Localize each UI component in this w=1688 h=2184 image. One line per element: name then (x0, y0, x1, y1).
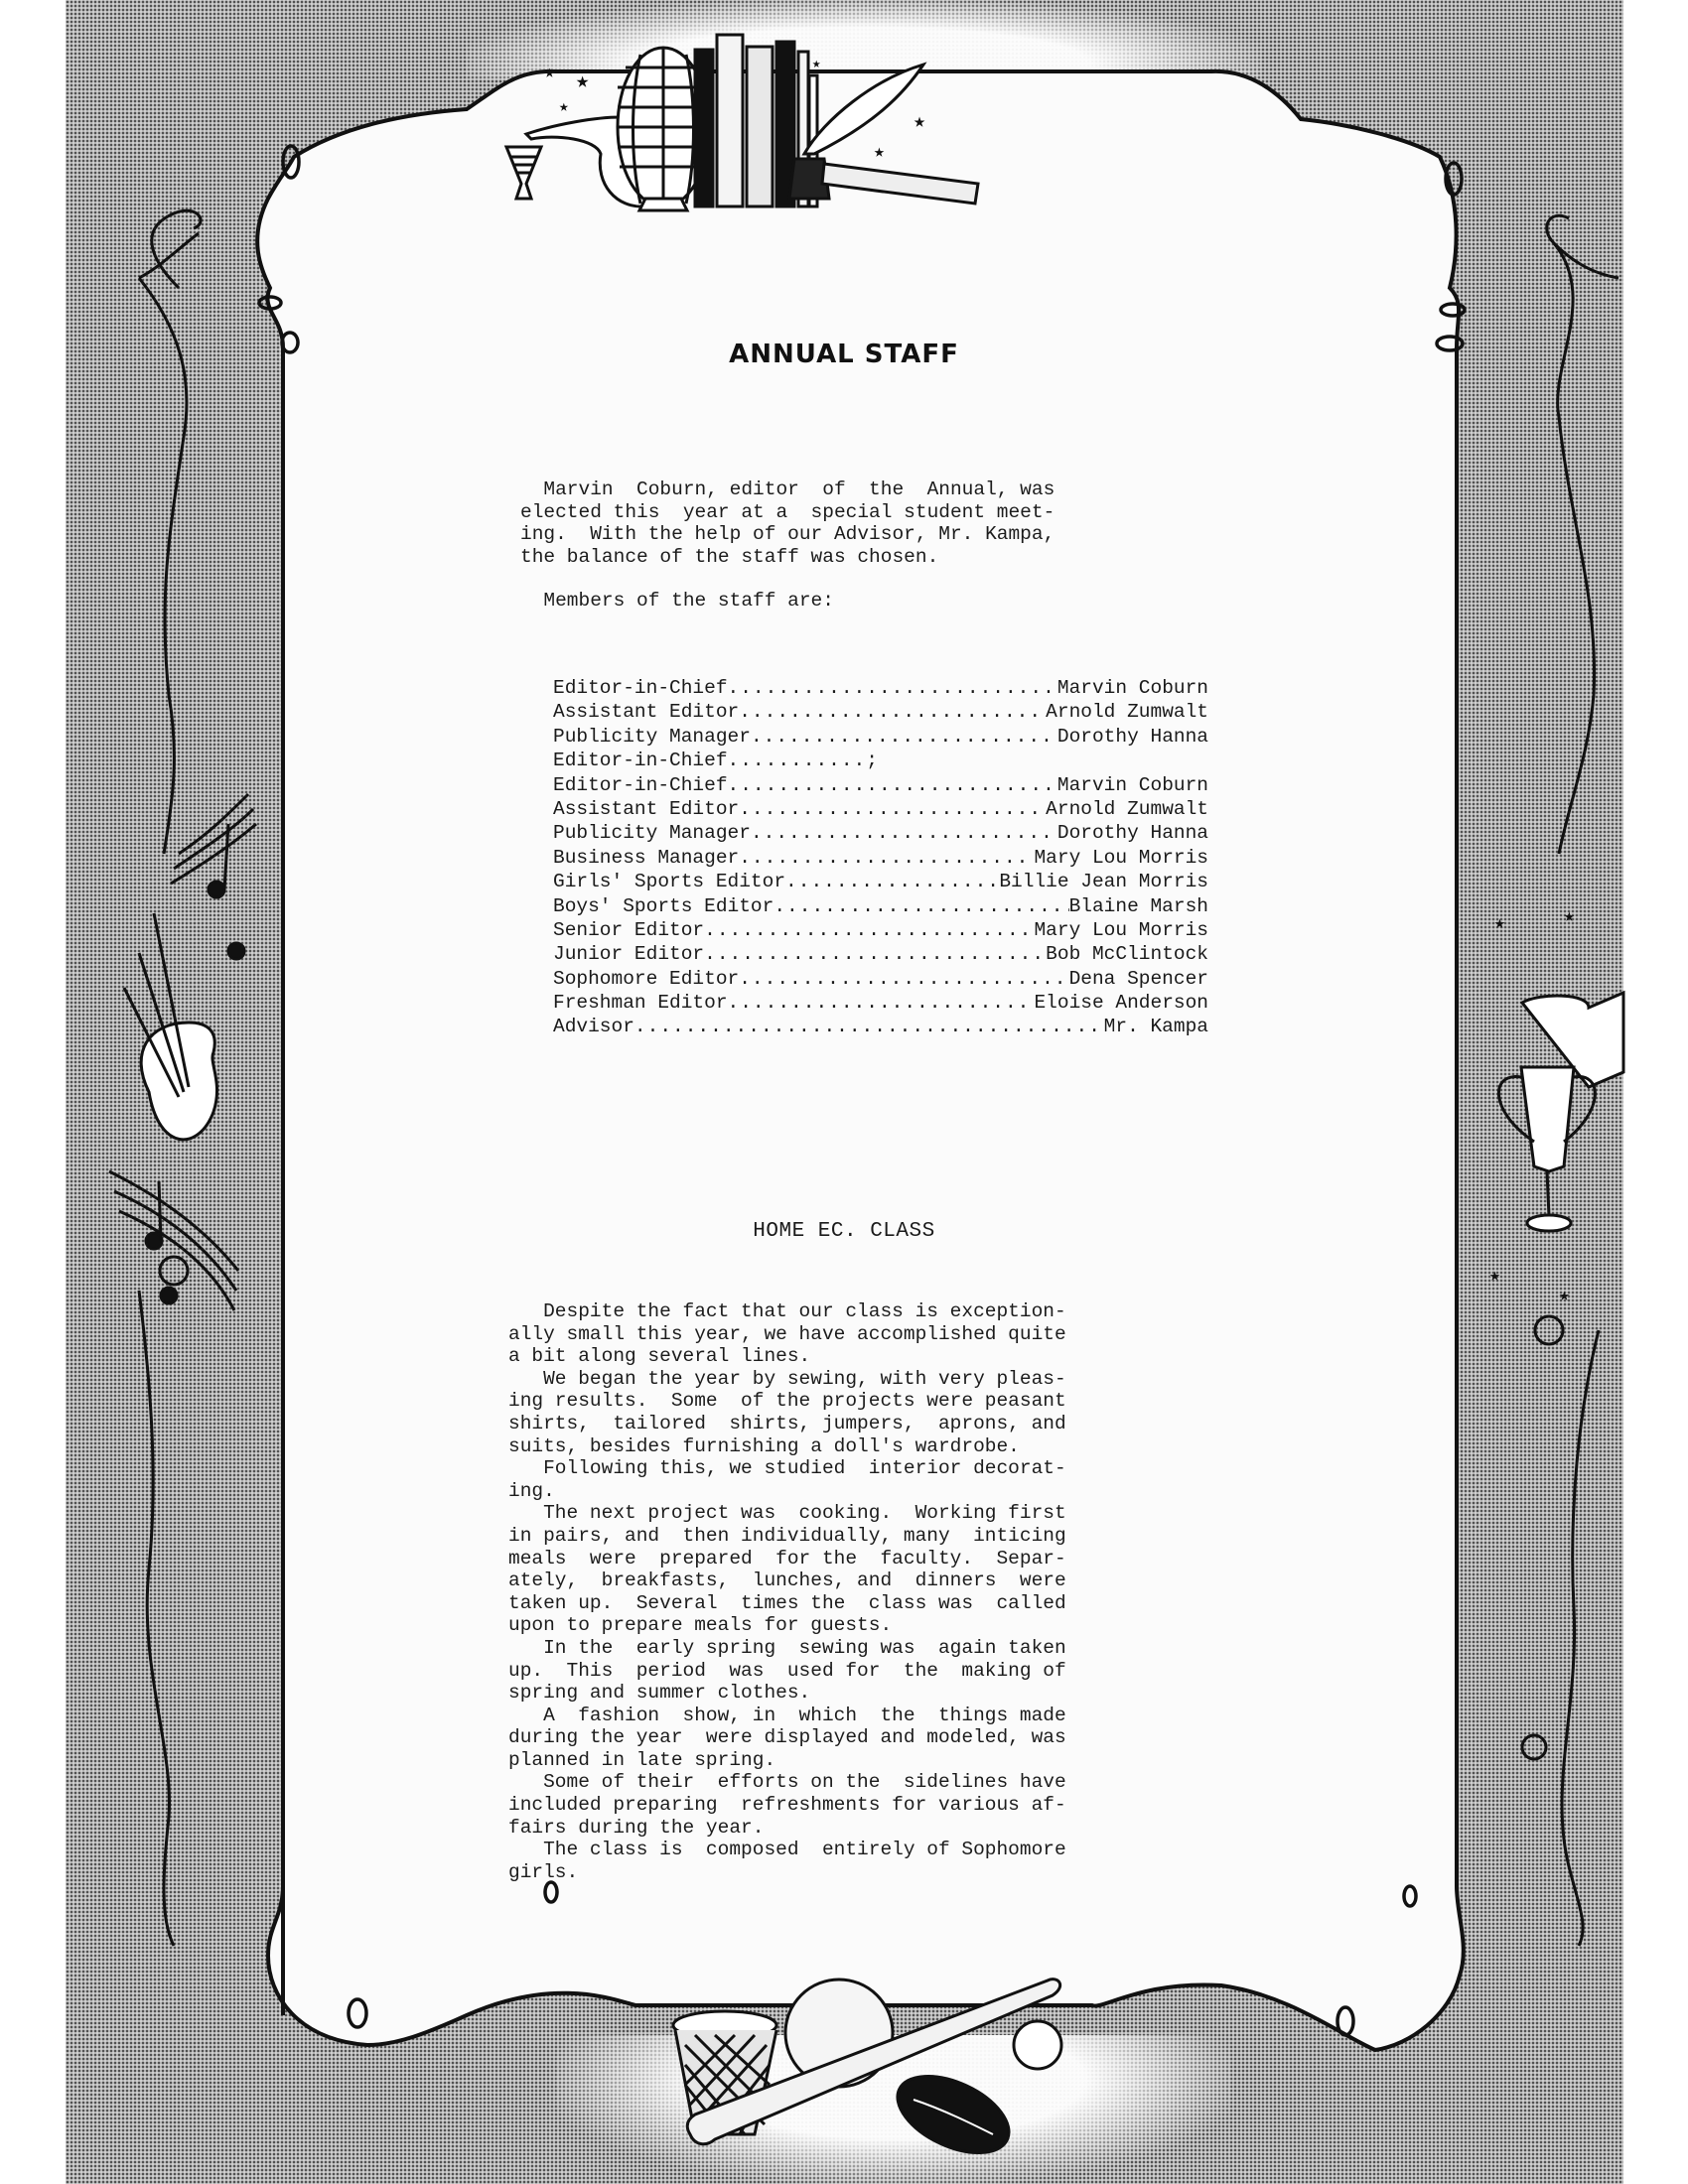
dot-leader: ........................................… (751, 821, 1057, 845)
svg-text:★: ★ (1489, 1267, 1500, 1287)
home-ec-heading: HOME EC. CLASS (0, 1220, 1688, 1243)
svg-text:★: ★ (1559, 1287, 1570, 1306)
staff-role: Business Manager (553, 846, 739, 870)
body-line: The next project was cooking. Working fi… (508, 1502, 1066, 1525)
staff-row: Assistant Editor........................… (553, 797, 1208, 821)
dot-leader: ........................................… (774, 894, 1068, 918)
music-notes-icon (171, 794, 256, 959)
staff-role: Assistant Editor (553, 700, 739, 724)
right-ornaments: ★ ★ ★ ★ (1489, 907, 1623, 1306)
staff-role: Freshman Editor (553, 991, 728, 1015)
body-line: fairs during the year. (508, 1817, 1066, 1840)
staff-name: Blaine Marsh (1069, 894, 1208, 918)
staff-role: Publicity Manager (553, 821, 751, 845)
dot-leader: ........................................… (751, 725, 1057, 749)
body-line: taken up. Several times the class was ca… (508, 1592, 1066, 1615)
staff-name: Billie Jean Morris (999, 870, 1208, 893)
staff-row: Assistant Editor........................… (553, 700, 1208, 724)
staff-name: Mary Lou Morris (1034, 846, 1208, 870)
svg-text:★: ★ (544, 64, 555, 83)
staff-role: Editor-in-Chief (553, 773, 728, 797)
intro-line: the balance of the staff was chosen. (520, 546, 1055, 569)
staff-name: Bob McClintock (1046, 942, 1208, 966)
staff-name: Eloise Anderson (1034, 991, 1208, 1015)
body-line: suits, besides furnishing a doll's wardr… (508, 1435, 1066, 1458)
body-line: ally small this year, we have accomplish… (508, 1323, 1066, 1346)
body-line: Despite the fact that our class is excep… (508, 1300, 1066, 1323)
body-line: shirts, tailored shirts, jumpers, aprons… (508, 1413, 1066, 1435)
staff-role: Editor-in-Chief (553, 749, 728, 772)
staff-role: Girls' Sports Editor (553, 870, 785, 893)
staff-row: Sophomore Editor........................… (553, 967, 1208, 991)
staff-row: Junior Editor...........................… (553, 942, 1208, 966)
body-line: A fashion show, in which the things made (508, 1705, 1066, 1727)
body-line: ing results. Some of the projects were p… (508, 1390, 1066, 1413)
staff-role: Senior Editor (553, 918, 704, 942)
body-line: included preparing refreshments for vari… (508, 1794, 1066, 1817)
home-ec-body: Despite the fact that our class is excep… (508, 1300, 1066, 1883)
dot-leader: ........................................… (704, 942, 1046, 966)
body-line: in pairs, and then individually, many in… (508, 1525, 1066, 1548)
body-line: The class is composed entirely of Sophom… (508, 1839, 1066, 1861)
body-line: We began the year by sewing, with very p… (508, 1368, 1066, 1391)
staff-row: Editor-in-Chief.........................… (553, 773, 1208, 797)
staff-role: Publicity Manager (553, 725, 751, 749)
dot-leader: ........................................… (728, 676, 1057, 700)
body-line: a bit along several lines. (508, 1345, 1066, 1368)
body-line: upon to prepare meals for guests. (508, 1614, 1066, 1637)
dot-leader: ........................................… (739, 797, 1046, 821)
staff-row: Girls' Sports Editor....................… (553, 870, 1208, 893)
svg-text:★: ★ (812, 57, 821, 72)
staff-name: Marvin Coburn (1057, 773, 1208, 797)
staff-role: Assistant Editor (553, 797, 739, 821)
staff-row: Boys' Sports Editor.....................… (553, 894, 1208, 918)
body-line: up. This period was used for the making … (508, 1660, 1066, 1683)
staff-name: Dena Spencer (1069, 967, 1208, 991)
dot-leader: ........................................… (739, 846, 1034, 870)
body-line: planned in late spring. (508, 1749, 1066, 1772)
intro-line: ing. With the help of our Advisor, Mr. K… (520, 523, 1055, 546)
staff-name: Mary Lou Morris (1034, 918, 1208, 942)
staff-name: Dorothy Hanna (1057, 725, 1208, 749)
body-line: In the early spring sewing was again tak… (508, 1637, 1066, 1660)
staff-row: Advisor.................................… (553, 1015, 1208, 1038)
staff-name: Arnold Zumwalt (1046, 700, 1208, 724)
staff-role: Sophomore Editor (553, 967, 739, 991)
dot-leader: ........................................… (634, 1015, 1104, 1038)
staff-list: Editor-in-Chief.........................… (553, 676, 1208, 1039)
staff-role: Advisor (553, 1015, 634, 1038)
staff-row: Senior Editor...........................… (553, 918, 1208, 942)
annual-staff-intro: Marvin Coburn, editor of the Annual, was… (520, 478, 1055, 568)
staff-row: Editor-in-Chief...........; (553, 749, 1208, 772)
intro-line: elected this year at a special student m… (520, 501, 1055, 524)
trophy-cup-icon (1498, 993, 1623, 1231)
svg-text:★: ★ (874, 143, 885, 163)
svg-text:★: ★ (914, 111, 925, 134)
staff-name: Arnold Zumwalt (1046, 797, 1208, 821)
body-line: meals were prepared for the faculty. Sep… (508, 1548, 1066, 1570)
bottom-ornaments (673, 1979, 1061, 2169)
body-line: during the year were displayed and model… (508, 1726, 1066, 1749)
dot-leader: ........................................… (704, 918, 1034, 942)
body-line: girls. (508, 1861, 1066, 1884)
staff-role: Junior Editor (553, 942, 704, 966)
dot-leader: ........................................… (739, 700, 1046, 724)
body-line: Following this, we studied interior deco… (508, 1457, 1066, 1480)
dot-leader: ........................................… (785, 870, 999, 893)
staff-role: Boys' Sports Editor (553, 894, 774, 918)
staff-name: Marvin Coburn (1057, 676, 1208, 700)
staff-name: Mr. Kampa (1104, 1015, 1208, 1038)
staff-name: ; (866, 749, 878, 772)
dot-leader: ........................................… (728, 773, 1057, 797)
staff-row: Editor-in-Chief.........................… (553, 676, 1208, 700)
dot-leader: ........................................… (728, 991, 1035, 1015)
staff-role: Editor-in-Chief (553, 676, 728, 700)
staff-row: Business Manager........................… (553, 846, 1208, 870)
intro-line: Marvin Coburn, editor of the Annual, was (520, 478, 1055, 501)
dot-leader: ........................................… (739, 967, 1068, 991)
dot-leader: ........... (728, 749, 867, 772)
body-line: ing. (508, 1480, 1066, 1503)
body-line: ately, breakfasts, lunches, and dinners … (508, 1570, 1066, 1592)
svg-text:★: ★ (1494, 914, 1505, 934)
baseball-icon (1014, 2021, 1061, 2069)
annual-staff-heading: ANNUAL STAFF (0, 340, 1688, 369)
staff-name: Dorothy Hanna (1057, 821, 1208, 845)
staff-row: Freshman Editor.........................… (553, 991, 1208, 1015)
body-line: spring and summer clothes. (508, 1682, 1066, 1705)
members-heading: Members of the staff are: (520, 590, 834, 613)
svg-text:★: ★ (559, 98, 569, 116)
svg-text:★: ★ (576, 69, 589, 94)
svg-text:★: ★ (1564, 907, 1575, 927)
staff-row: Publicity Manager.......................… (553, 725, 1208, 749)
staff-row: Publicity Manager.......................… (553, 821, 1208, 845)
body-line: Some of their efforts on the sidelines h… (508, 1771, 1066, 1794)
